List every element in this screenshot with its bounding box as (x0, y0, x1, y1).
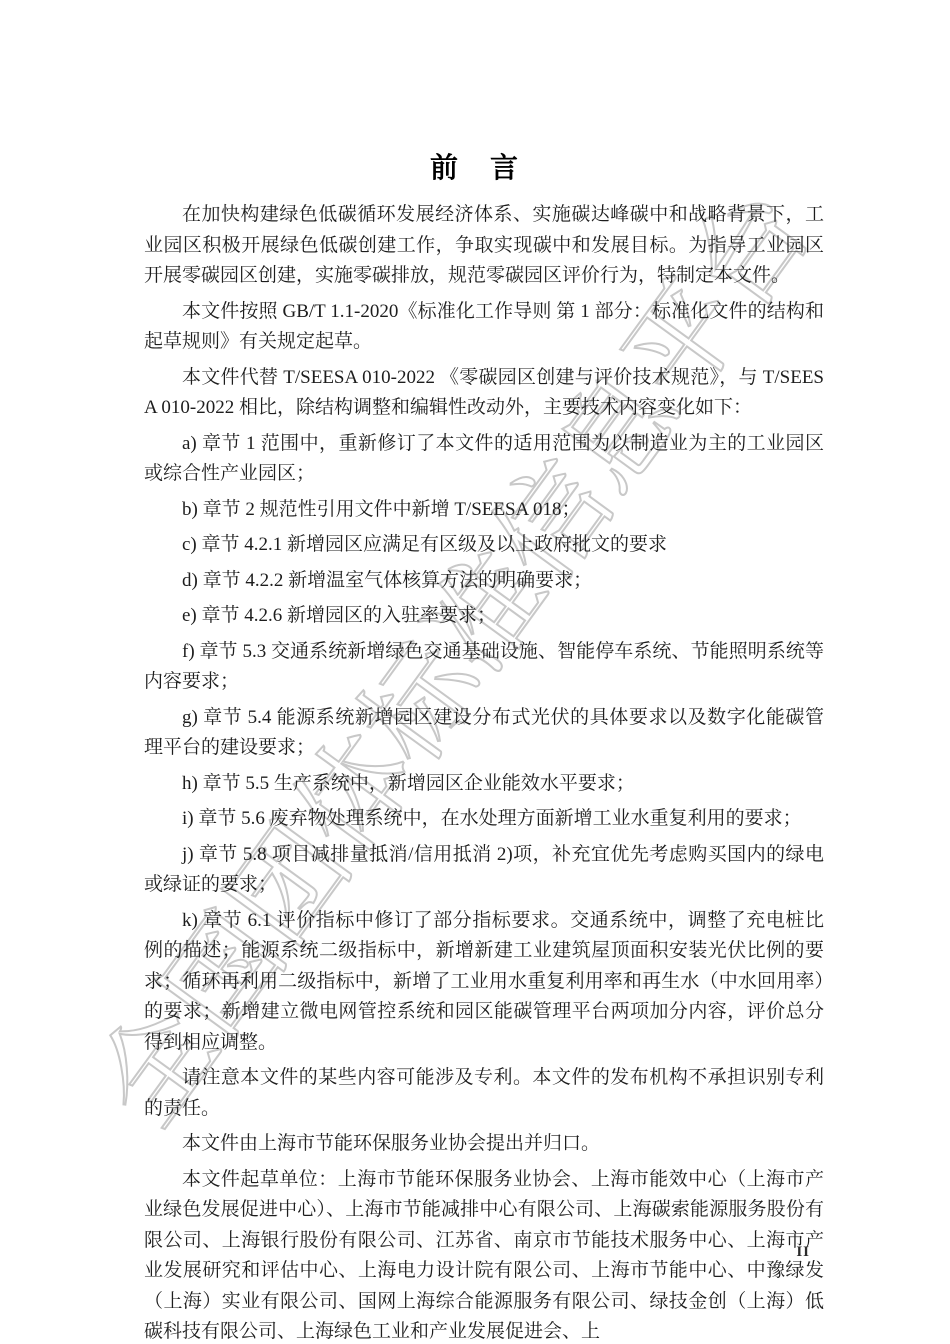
document-body: 在加快构建绿色低碳循环发展经济体系、实施碳达峰碳中和战略背景下，工业园区积极开展… (144, 200, 824, 1344)
change-item-e: e) 章节 4.2.6 新增园区的入驻率要求； (144, 601, 824, 632)
document-page: 全国团体标准信息平台 前 言 在加快构建绿色低碳循环发展经济体系、实施碳达峰碳中… (0, 0, 950, 1344)
page-title: 前 言 (0, 146, 950, 186)
change-item-b: b) 章节 2 规范性引用文件中新增 T/SEESA 018； (144, 495, 824, 526)
change-item-g: g) 章节 5.4 能源系统新增园区建设分布式光伏的具体要求以及数字化能碳管理平… (144, 703, 824, 764)
paragraph-background: 在加快构建绿色低碳循环发展经济体系、实施碳达峰碳中和战略背景下，工业园区积极开展… (144, 200, 824, 292)
change-item-f: f) 章节 5.3 交通系统新增绿色交通基础设施、智能停车系统、节能照明系统等内… (144, 637, 824, 698)
paragraph-patent-notice: 请注意本文件的某些内容可能涉及专利。本文件的发布机构不承担识别专利的责任。 (144, 1063, 824, 1124)
paragraph-replacement-note: 本文件代替 T/SEESA 010-2022 《零碳园区创建与评价技术规范》，与… (144, 363, 824, 424)
change-item-d: d) 章节 4.2.2 新增温室气体核算方法的明确要求； (144, 566, 824, 597)
change-item-c: c) 章节 4.2.1 新增园区应满足有区级及以上政府批文的要求 (144, 530, 824, 561)
change-item-k: k) 章节 6.1 评价指标中修订了部分指标要求。交通系统中，调整了充电桩比例的… (144, 906, 824, 1059)
paragraph-proposer: 本文件由上海市节能环保服务业协会提出并归口。 (144, 1129, 824, 1160)
change-item-i: i) 章节 5.6 废弃物处理系统中，在水处理方面新增工业水重复利用的要求； (144, 804, 824, 835)
paragraph-drafting-organizations: 本文件起草单位：上海市节能环保服务业协会、上海市能效中心（上海市产业绿色发展促进… (144, 1165, 824, 1344)
page-number: II (796, 1244, 810, 1261)
change-item-j: j) 章节 5.8 项目减排量抵消/信用抵消 2)项，补充宜优先考虑购买国内的绿… (144, 840, 824, 901)
paragraph-drafting-basis: 本文件按照 GB/T 1.1-2020《标准化工作导则 第 1 部分：标准化文件… (144, 297, 824, 358)
change-item-h: h) 章节 5.5 生产系统中，新增园区企业能效水平要求； (144, 769, 824, 800)
change-item-a: a) 章节 1 范围中，重新修订了本文件的适用范围为以制造业为主的工业园区或综合… (144, 429, 824, 490)
